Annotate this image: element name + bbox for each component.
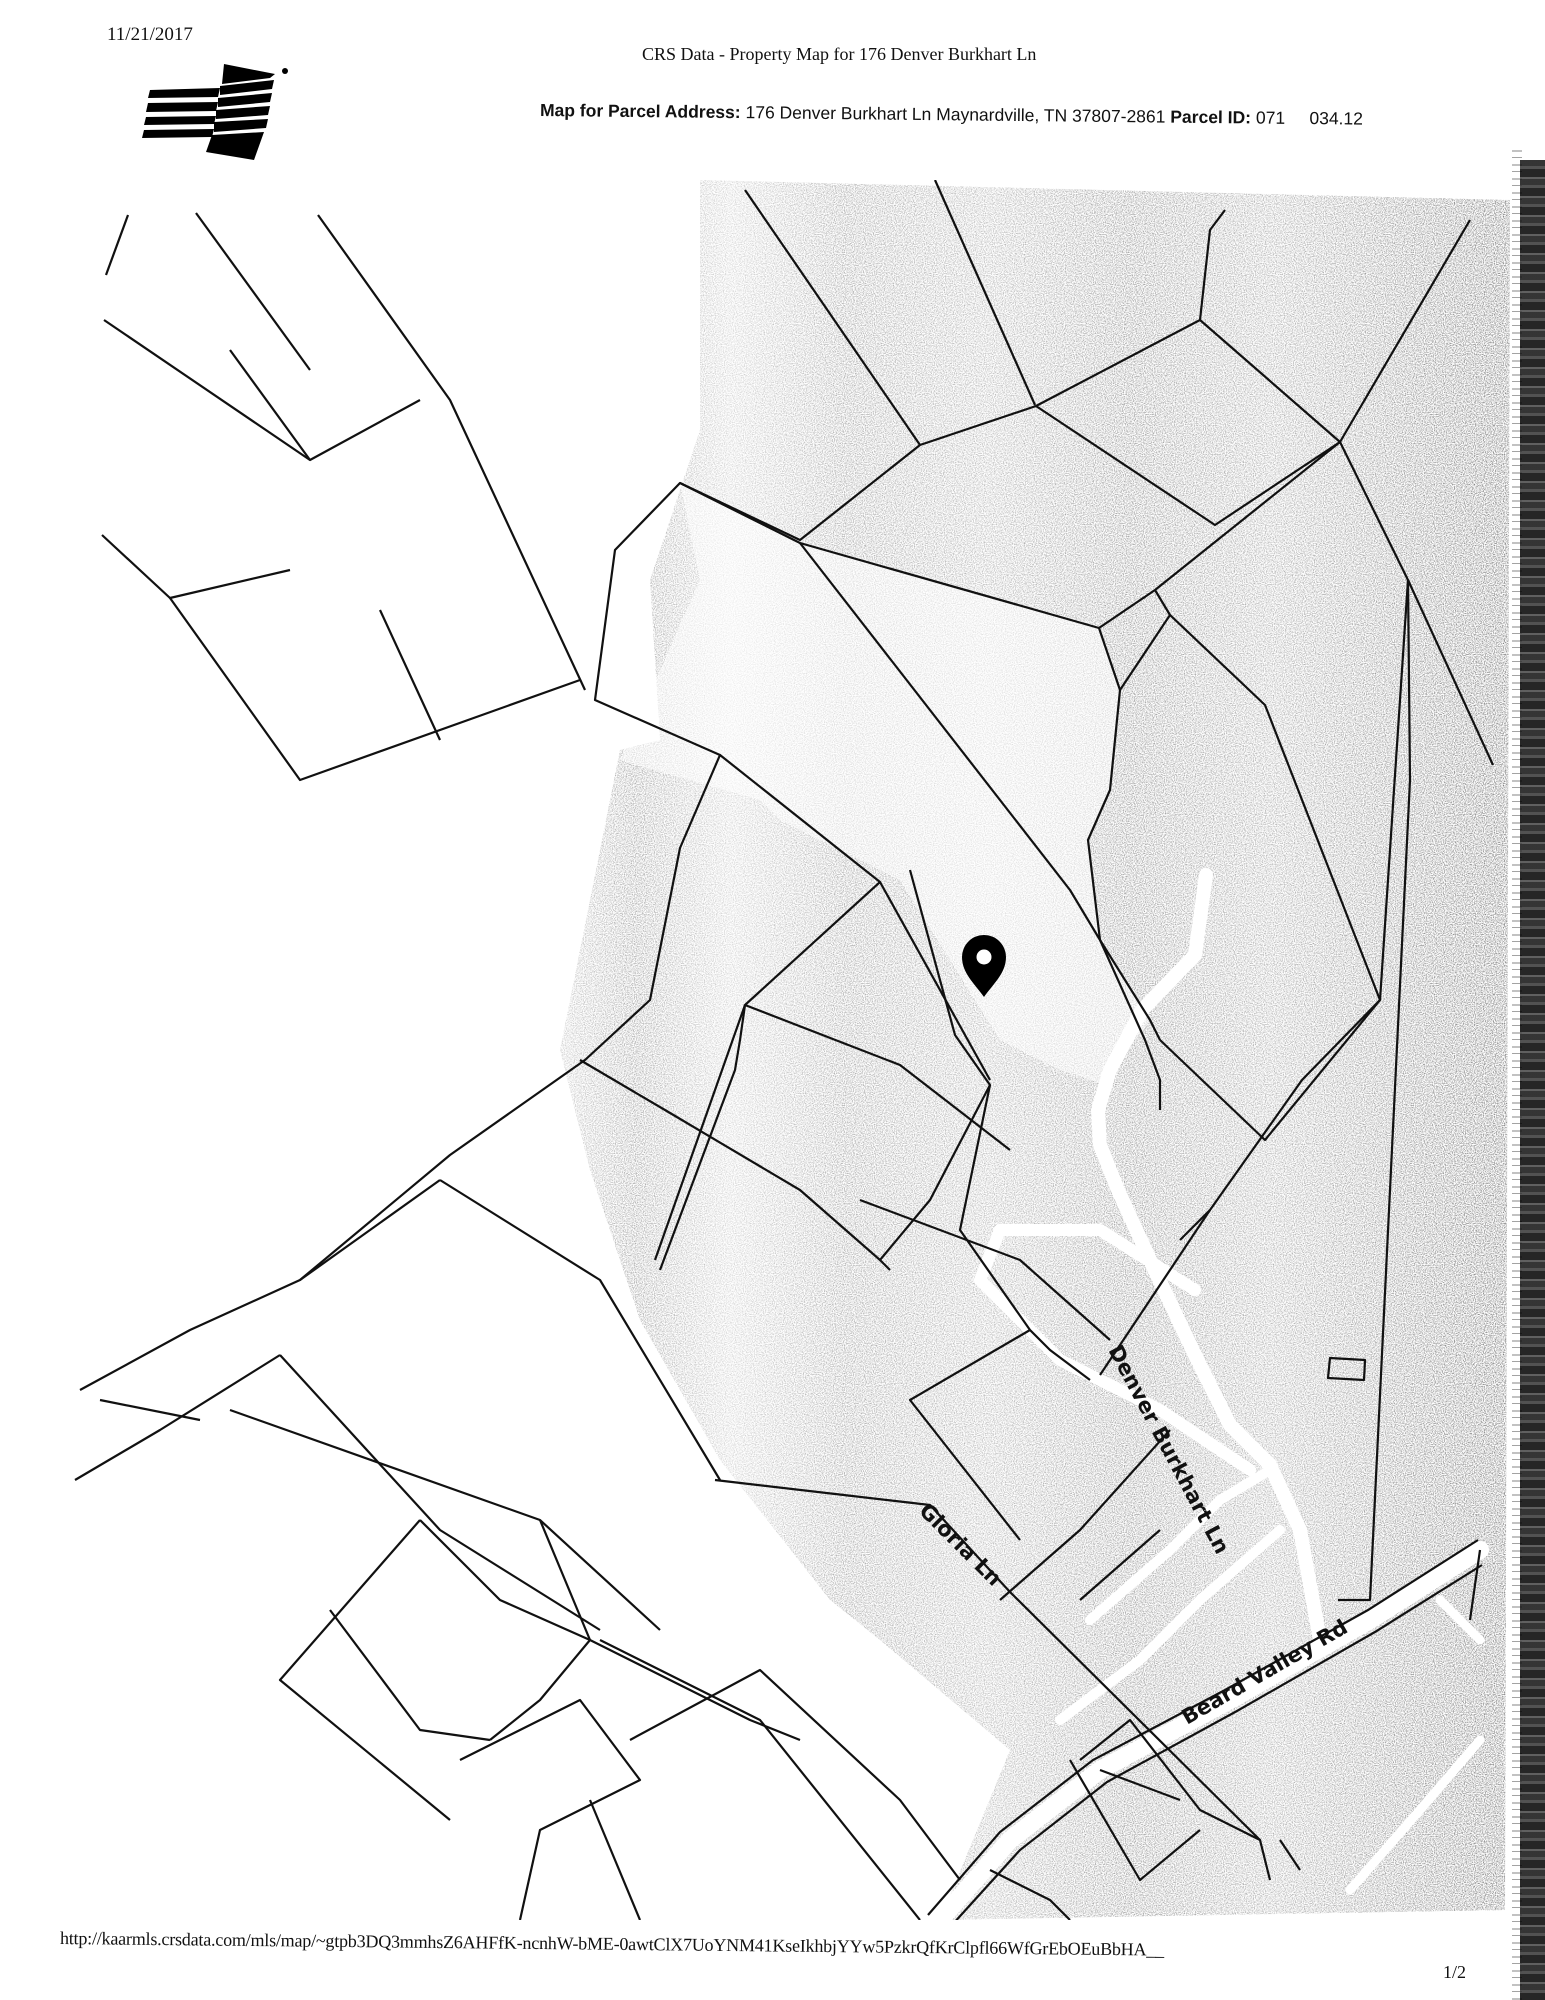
scan-edge-dark (1520, 160, 1545, 2000)
parcel-address-label: Map for Parcel Address: (540, 100, 741, 122)
property-map[interactable]: Denver Burkhart Ln Gloria Ln Beard Valle… (0, 180, 1545, 1920)
crs-data-logo-icon (140, 60, 300, 160)
document-title: CRS Data - Property Map for 176 Denver B… (642, 44, 1036, 65)
parcel-address: 176 Denver Burkhart Ln Maynardville, TN … (745, 102, 1165, 126)
print-date: 11/21/2017 (107, 24, 193, 46)
footer-url[interactable]: http://kaarmls.crsdata.com/mls/map/~gtpb… (60, 1928, 1164, 1961)
parcel-id: 071 034.12 (1256, 107, 1363, 128)
parcel-id-label: Parcel ID: (1170, 107, 1251, 128)
page-number: 1/2 (1443, 1962, 1466, 1983)
parcel-info: Map for Parcel Address: 176 Denver Burkh… (540, 100, 1363, 130)
